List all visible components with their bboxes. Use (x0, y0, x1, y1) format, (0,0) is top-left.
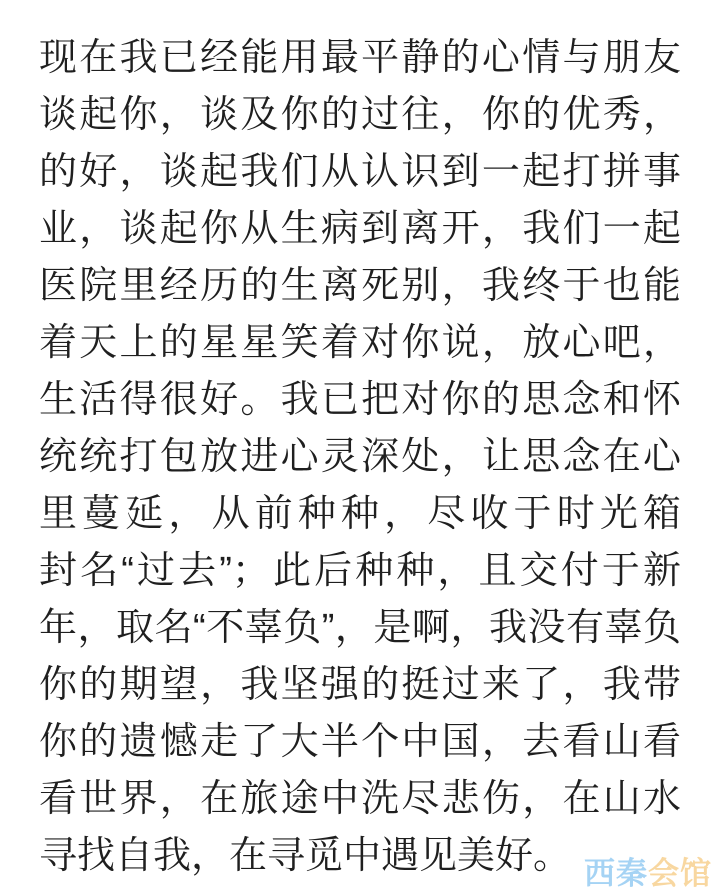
text-line: 着天上的星星笑着对你说，放心吧，我 (39, 315, 681, 372)
text-line: 里蔓延，从前种种，尽收于时光箱底， (39, 486, 681, 543)
text-line: 的好，谈起我们从认识到一起打拼事 (39, 144, 681, 201)
watermark: 西秦会馆 (584, 858, 712, 889)
text-line: 看世界，在旅途中洗尽悲伤，在山水间 (39, 771, 681, 828)
watermark-part2: 会馆 (648, 856, 712, 891)
watermark-part1: 西秦 (584, 856, 648, 891)
text-line: 谈起你，谈及你的过往，你的优秀，你 (39, 87, 681, 144)
text-line: 统统打包放进心灵深处，让思念在心海 (39, 429, 681, 486)
text-line: 你的期望，我坚强的挺过来了，我带着 (39, 657, 681, 714)
text-line: 封名“过去”；此后种种，且交付于新 (39, 543, 681, 600)
text-line: 现在我已经能用最平静的心情与朋友们 (39, 30, 681, 87)
text-line: 年，取名“不辜负”，是啊，我没有辜负 (39, 600, 681, 657)
text-line: 你的遗憾走了大半个中国，去看山看水 (39, 714, 681, 771)
text-line: 生活得很好。我已把对你的思念和怀念 (39, 372, 681, 429)
text-line: 业，谈起你从生病到离开，我们一起在 (39, 201, 681, 258)
essay-text-block: 现在我已经能用最平静的心情与朋友们 谈起你，谈及你的过往，你的优秀，你 的好，谈… (39, 30, 681, 885)
text-line: 医院里经历的生离死别，我终于也能看 (39, 258, 681, 315)
